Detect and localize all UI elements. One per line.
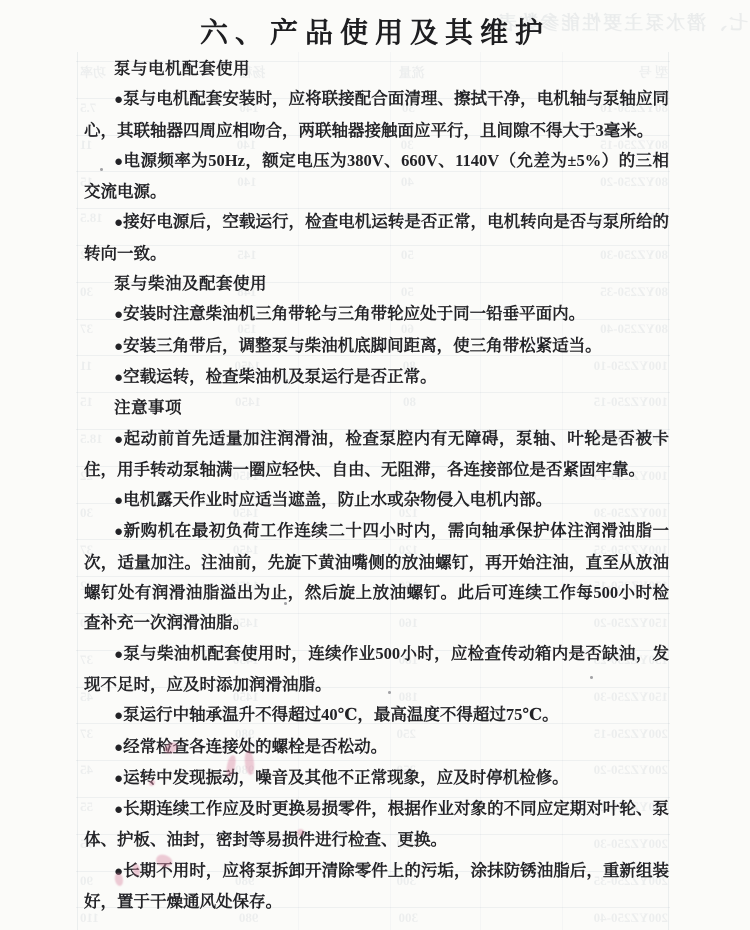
bullet-icon: ●	[114, 154, 124, 170]
bullet-icon: ●	[114, 215, 123, 231]
bullet-paragraph: ●电机露天作业时应适当遮盖，防止水或杂物侵入电机内部。	[84, 485, 669, 516]
scanned-manual-page: 七、潜水泵主要性能参数表 型 号流量扬程功率80YZ250-10301407.5…	[0, 0, 750, 930]
document-body: 泵与电机配套使用●泵与电机配套安装时，应将联接配合面清理、擦拭干净，电机轴与泵轴…	[84, 54, 669, 917]
bullet-text: 经常检查各连接处的螺栓是否松动。	[123, 737, 387, 756]
bullet-paragraph: ●电源频率为50Hz，额定电压为380V、660V、1140V（允差为±5%）的…	[84, 146, 669, 208]
bullet-icon: ●	[114, 370, 123, 386]
section-heading: 注意事项	[84, 393, 669, 423]
bullet-text: 空载运转，检查柴油机及泵运行是否正常。	[123, 367, 437, 386]
bullet-text: 起动前首先适量加注润滑油，检查泵腔内有无障碍，泵轴、叶轮是否被卡住，用手转动泵轴…	[84, 429, 669, 479]
bullet-paragraph: ●泵与电机配套安装时，应将联接配合面清理、擦拭干净，电机轴与泵轴应同心，其联轴器…	[84, 84, 669, 146]
bullet-icon: ●	[114, 740, 123, 756]
bullet-paragraph: ●新购机在最初负荷工作连续二十四小时内，需向轴承保护体注润滑油脂一次，适量加注。…	[84, 516, 669, 638]
page-title: 六、产品使用及其维护	[0, 11, 750, 51]
bullet-text: 接好电源后，空载运行，检查电机运转是否正常，电机转向是否与泵所给的转向一致。	[84, 212, 669, 262]
section-heading: 泵与柴油及配套使用	[84, 269, 669, 299]
bullet-paragraph: ●安装时注意柴油机三角带轮与三角带轮应处于同一铅垂平面内。	[84, 299, 669, 330]
bullet-icon: ●	[114, 524, 124, 540]
bullet-paragraph: ●泵与柴油机配套使用时，连续作业500小时，应检查传动箱内是否缺油，发现不足时，…	[84, 639, 669, 701]
section-heading: 泵与电机配套使用	[84, 54, 669, 84]
bullet-paragraph: ●安装三角带后，调整泵与柴油机底脚间距离，使三角带松紧适当。	[84, 331, 669, 362]
bullet-icon: ●	[114, 647, 123, 663]
bullet-paragraph: ●接好电源后，空载运行，检查电机运转是否正常，电机转向是否与泵所给的转向一致。	[84, 207, 669, 269]
dust-speck	[100, 168, 103, 171]
dust-speck	[277, 594, 280, 597]
bullet-text: 电源频率为50Hz，额定电压为380V、660V、1140V（允差为±5%）的三…	[84, 151, 669, 201]
bullet-text: 安装三角带后，调整泵与柴油机底脚间距离，使三角带松紧适当。	[123, 336, 602, 355]
bullet-icon: ●	[114, 432, 124, 448]
bullet-icon: ●	[114, 339, 123, 355]
bullet-text: 电机露天作业时应适当遮盖，防止水或杂物侵入电机内部。	[123, 490, 552, 509]
bullet-paragraph: ●起动前首先适量加注润滑油，检查泵腔内有无障碍，泵轴、叶轮是否被卡住，用手转动泵…	[84, 424, 669, 486]
bullet-icon: ●	[114, 708, 123, 724]
bullet-text: 长期连续工作应及时更换易损零件，根据作业对象的不同应定期对叶轮、泵体、护板、油封…	[84, 799, 669, 849]
bullet-text: 泵与柴油机配套使用时，连续作业500小时，应检查传动箱内是否缺油，发现不足时，应…	[84, 644, 669, 694]
bullet-text: 长期不用时，应将泵拆卸开清除零件上的污垢，涂抹防锈油脂后，重新组装好，置于干燥通…	[84, 861, 669, 911]
dust-speck	[388, 691, 391, 694]
bullet-text: 安装时注意柴油机三角带轮与三角带轮应处于同一铅垂平面内。	[123, 304, 585, 323]
bullet-text: 运转中发现振动，噪音及其他不正常现象，应及时停机检修。	[123, 768, 569, 787]
bullet-paragraph: ●长期连续工作应及时更换易损零件，根据作业对象的不同应定期对叶轮、泵体、护板、油…	[84, 794, 669, 856]
bullet-icon: ●	[114, 802, 123, 818]
dust-speck	[284, 602, 287, 605]
bullet-text: 泵运行中轴承温升不得超过40℃，最高温度不得超过75℃。	[123, 705, 559, 724]
bullet-paragraph: ●运转中发现振动，噪音及其他不正常现象，应及时停机检修。	[84, 763, 669, 794]
bullet-icon: ●	[114, 307, 123, 323]
bullet-paragraph: ●长期不用时，应将泵拆卸开清除零件上的污垢，涂抹防锈油脂后，重新组装好，置于干燥…	[84, 856, 669, 918]
bullet-icon: ●	[114, 493, 123, 509]
bullet-icon: ●	[114, 771, 123, 787]
dust-speck	[590, 676, 593, 679]
bullet-paragraph: ●空载运转，检查柴油机及泵运行是否正常。	[84, 362, 669, 393]
bullet-text: 泵与电机配套安装时，应将联接配合面清理、擦拭干净，电机轴与泵轴应同心，其联轴器四…	[84, 89, 669, 139]
bullet-paragraph: ●泵运行中轴承温升不得超过40℃，最高温度不得超过75℃。	[84, 700, 669, 731]
bullet-text: 新购机在最初负荷工作连续二十四小时内，需向轴承保护体注润滑油脂一次，适量加注。注…	[84, 521, 669, 632]
bullet-icon: ●	[114, 92, 123, 108]
dust-speck	[201, 101, 204, 104]
